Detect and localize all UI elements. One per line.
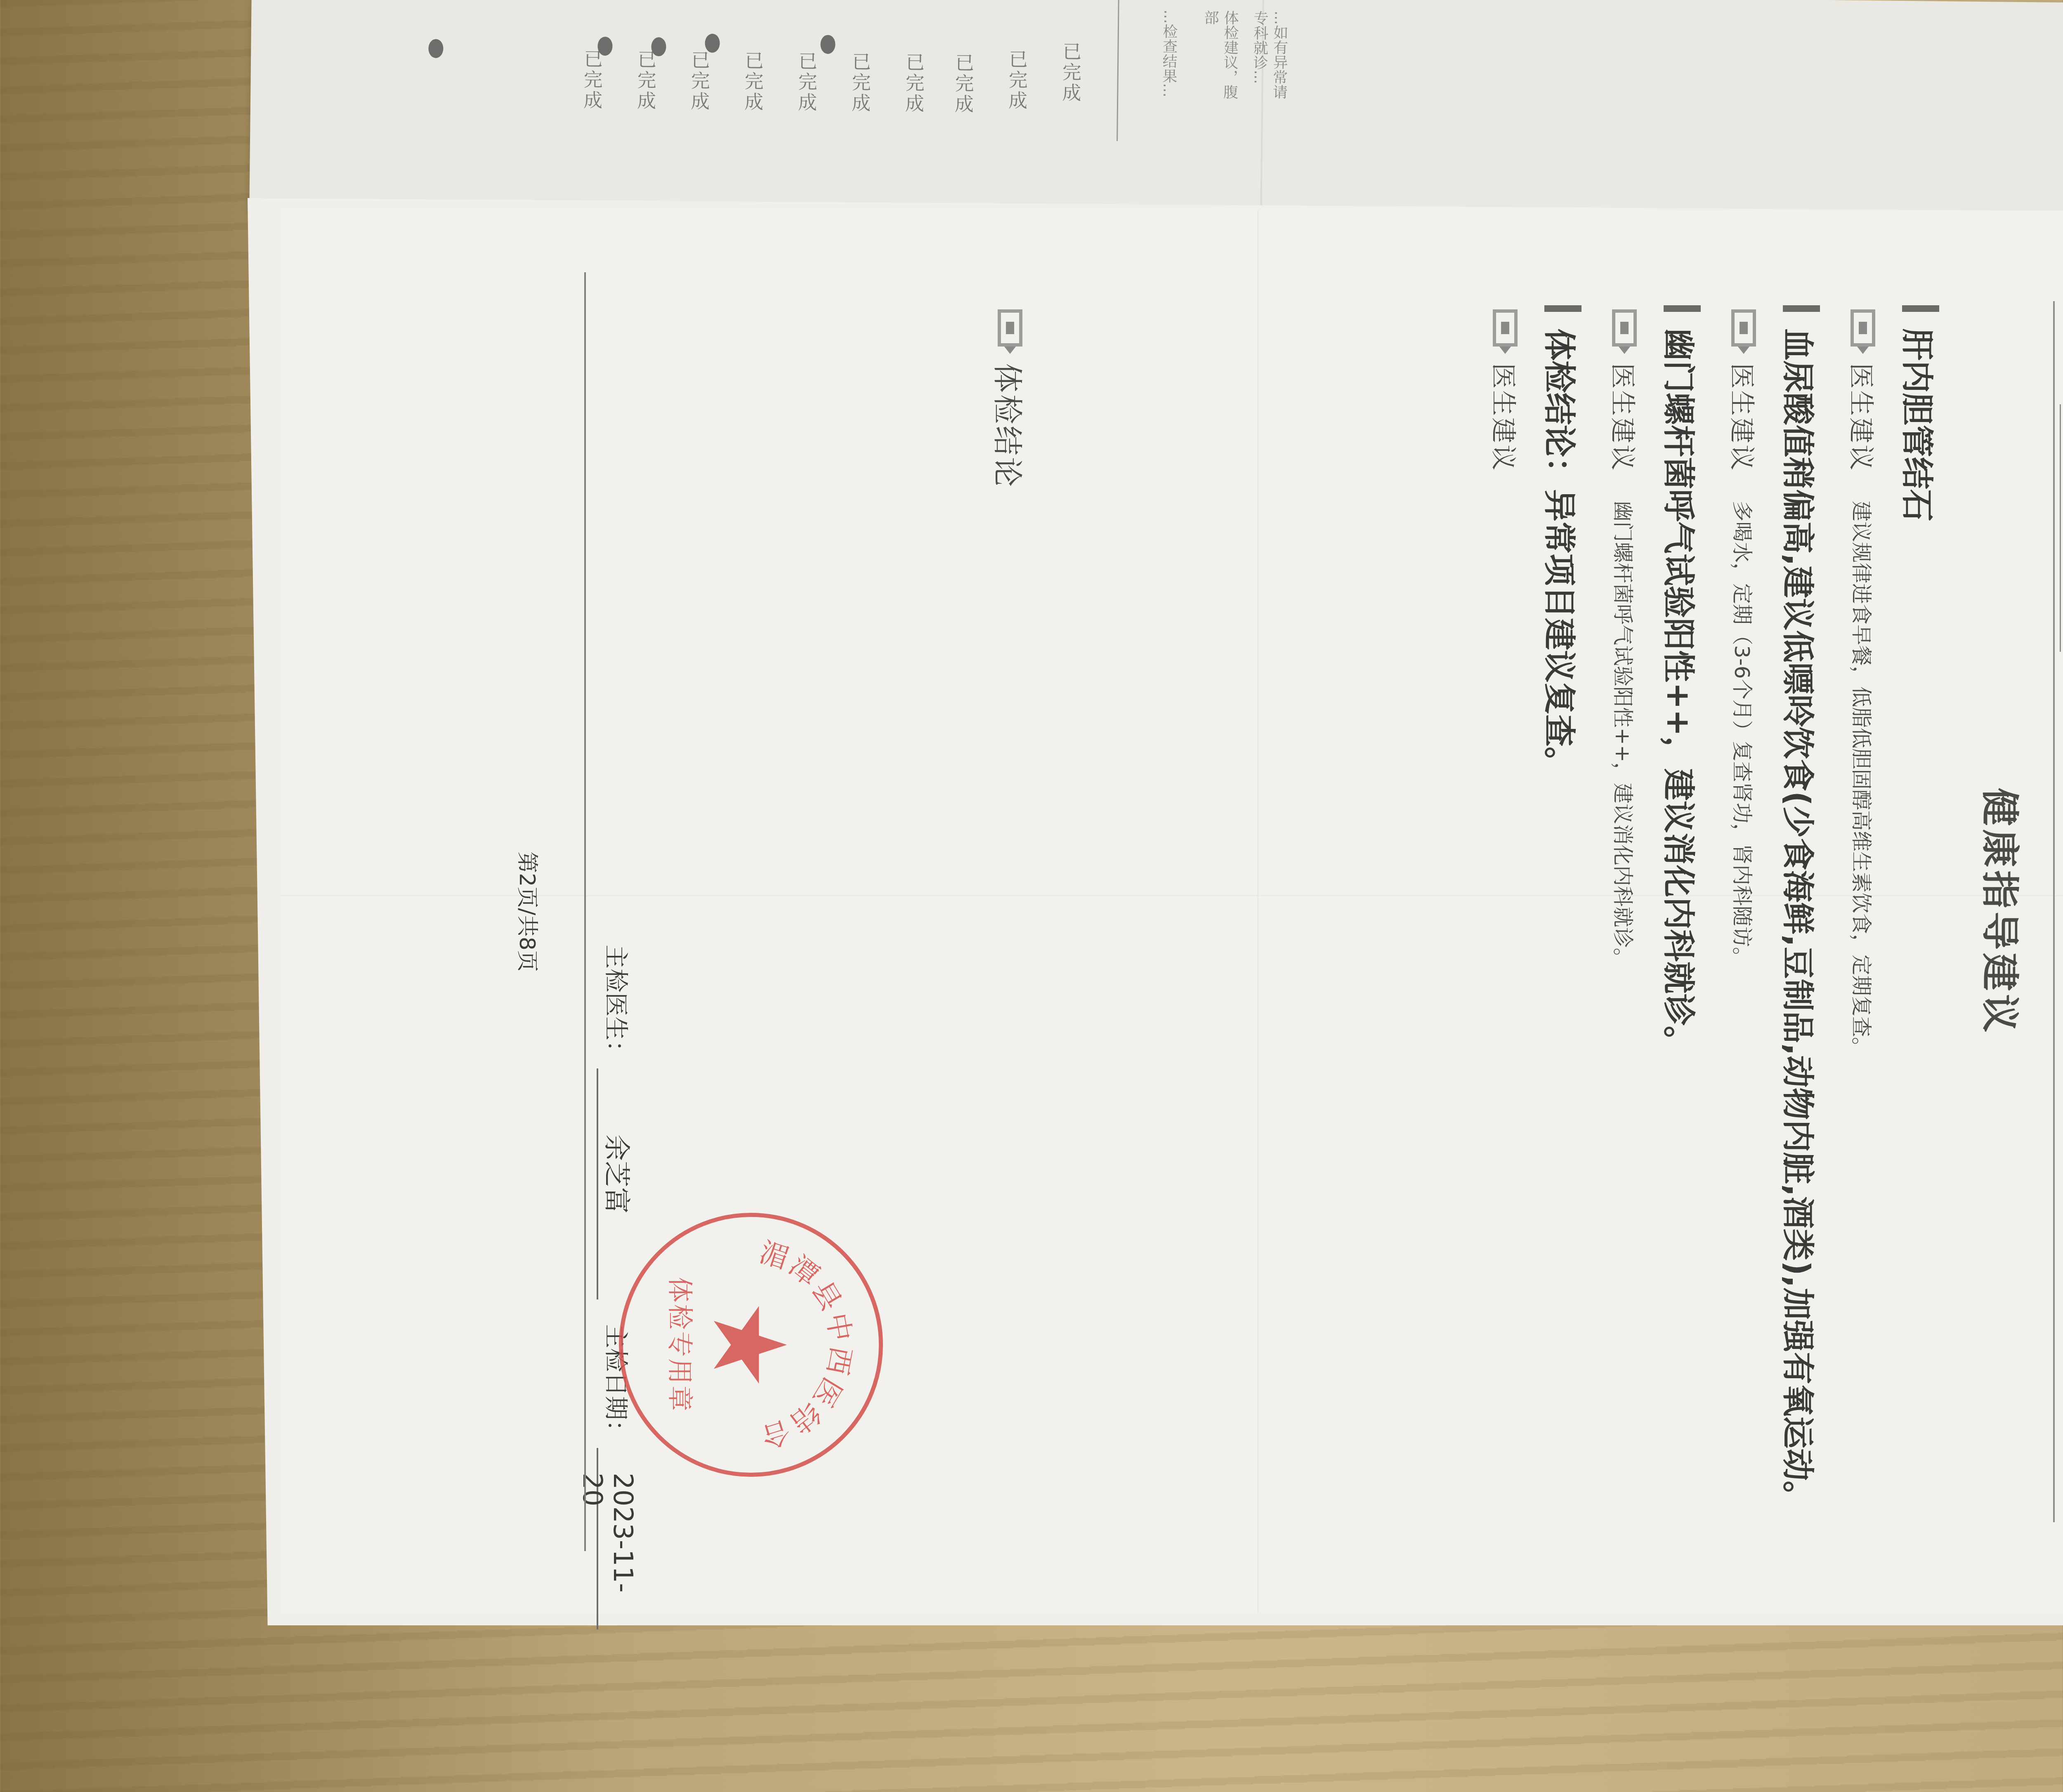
advice-label: 医生建议 bbox=[1606, 363, 1643, 472]
health-guidance-page: 体检信息汇总 Health Summary 编号：2310230011 姓名：刘… bbox=[281, 210, 2063, 1613]
advice-text: 幽门螺杆菌呼气试验阳性++，建议消化内科就诊。 bbox=[1610, 501, 1640, 969]
doctor-advice: 医生建议 多喝水，定期（3-6个月）复查肾功，肾内科随访。 bbox=[1725, 309, 1762, 1518]
paper-crease bbox=[1256, 210, 1258, 1613]
status-dot-icon bbox=[597, 37, 612, 56]
advice-label: 医生建议 bbox=[1845, 363, 1881, 472]
status-completed: 已完成 bbox=[741, 50, 767, 174]
page-header: 体检信息汇总 Health Summary 编号：2310230011 姓名：刘… bbox=[2051, 301, 2063, 1522]
section-uric-acid: 血尿酸值稍偏高,建议低嘌呤饮食(少食海鲜,豆制品,动物内脏,酒类),加强有氧运动… bbox=[1725, 305, 1820, 1518]
header-underline bbox=[2060, 404, 2061, 652]
status-completed: 已完成 bbox=[580, 49, 606, 173]
doctor-advice: 医生建议 幽门螺杆菌呼气试验阳性++，建议消化内科就诊。 bbox=[1606, 309, 1643, 1518]
advice-label: 医生建议 bbox=[1487, 363, 1524, 472]
note-text: 体检建议，腹部 bbox=[1199, 10, 1240, 101]
status-dot-icon bbox=[651, 37, 666, 56]
footer-divider bbox=[584, 272, 586, 1551]
advice-text: 建议规律进食早餐，低脂低胆固醇高维生素饮食，定期复查。 bbox=[1848, 501, 1878, 1058]
doctor-label: 主检医生： bbox=[601, 945, 635, 1064]
exam-date: 2023-11-20 bbox=[577, 1473, 638, 1613]
page-number: 第2页/共8页 bbox=[514, 210, 545, 1613]
status-completed: 已完成 bbox=[687, 50, 713, 174]
star-icon bbox=[714, 1306, 787, 1384]
advice-tag-icon bbox=[1612, 309, 1637, 347]
page-title: 健康指导建议 bbox=[1976, 210, 2030, 1613]
status-dot-icon bbox=[820, 35, 835, 54]
status-dot-icon bbox=[428, 39, 443, 58]
note-text: ...如有异常请专科就诊... bbox=[1249, 10, 1289, 101]
section-marker bbox=[1783, 305, 1820, 312]
doctor-signature-line bbox=[597, 1068, 598, 1299]
guidance-sections: 肝内胆管结石 医生建议 建议规律进食早餐，低脂低胆固醇高维生素饮食，定期复查。 … bbox=[1462, 305, 1939, 1518]
section-title: 幽门螺杆菌呼气试验阳性++，建议消化内科就诊。 bbox=[1655, 328, 1701, 1058]
section-title: 肝内胆管结石 bbox=[1894, 328, 1939, 521]
status-completed: 已完成 bbox=[794, 51, 820, 175]
note-text: ...检查结果... bbox=[1158, 9, 1179, 100]
svg-text:湄潭县中西医结合医院: 湄潭县中西医结合医院 bbox=[755, 1217, 879, 1454]
advice-tag-icon bbox=[1732, 309, 1756, 347]
section-marker bbox=[1902, 305, 1939, 312]
advice-tag-icon bbox=[1851, 309, 1876, 347]
status-completed: 已完成 bbox=[902, 52, 928, 177]
section-exam-conclusion: 体检结论：异常项目建议复查。 医生建议 bbox=[1487, 305, 1581, 1518]
header-divider bbox=[2053, 301, 2055, 1522]
stamp-purpose-text: 体检专用章 bbox=[665, 1277, 695, 1412]
stamp-graphic: 湄潭县中西医结合医院 体检专用章 bbox=[623, 1217, 879, 1473]
underlying-sheet: 已完成 已完成 已完成 已完成 已完成 已完成 已完成 已完成 已完成 已完成 … bbox=[249, 0, 2063, 235]
stamp-org-text: 湄潭县中西医结合医院 bbox=[755, 1217, 879, 1454]
status-completed: 已完成 bbox=[1058, 42, 1084, 166]
section-marker bbox=[1664, 305, 1701, 312]
status-completed: 已完成 bbox=[1005, 49, 1031, 173]
patient-name-row: 姓名：刘茂琴 bbox=[2059, 1344, 2063, 1506]
advice-tag-icon bbox=[1493, 309, 1518, 347]
status-completed: 已完成 bbox=[951, 53, 977, 177]
status-completed: 已完成 bbox=[848, 52, 874, 176]
exam-conclusion-block: 体检结论 bbox=[989, 309, 1031, 517]
advice-label: 医生建议 bbox=[1725, 363, 1762, 472]
advice-text: 多喝水，定期（3-6个月）复查肾功，肾内科随访。 bbox=[1729, 501, 1759, 968]
conclusion-label: 体检结论 bbox=[989, 363, 1031, 488]
section-title: 体检结论：异常项目建议复查。 bbox=[1536, 328, 1581, 779]
section-h-pylori: 幽门螺杆菌呼气试验阳性++，建议消化内科就诊。 医生建议 幽门螺杆菌呼气试验阳性… bbox=[1606, 305, 1701, 1518]
section-title: 血尿酸值稍偏高,建议低嘌呤饮食(少食海鲜,豆制品,动物内脏,酒类),加强有氧运动… bbox=[1775, 328, 1820, 1513]
doctor-name: 余芝富 bbox=[600, 1134, 638, 1214]
hospital-stamp: 湄潭县中西医结合医院 体检专用章 bbox=[619, 1213, 883, 1477]
patient-meta: 编号：2310230011 姓名：刘茂琴 bbox=[2059, 1344, 2063, 1506]
status-completed: 已完成 bbox=[633, 50, 659, 174]
doctor-advice: 医生建议 建议规律进食早餐，低脂低胆固醇高维生素饮食，定期复查。 bbox=[1845, 309, 1881, 1518]
section-gallstones: 肝内胆管结石 医生建议 建议规律进食早餐，低脂低胆固醇高维生素饮食，定期复查。 bbox=[1845, 305, 1939, 1518]
column-divider bbox=[1116, 0, 1119, 141]
doctor-advice: 医生建议 bbox=[1487, 309, 1524, 1518]
section-marker bbox=[1544, 305, 1581, 312]
status-dot-icon bbox=[705, 34, 720, 53]
conclusion-tag-icon bbox=[998, 309, 1022, 347]
